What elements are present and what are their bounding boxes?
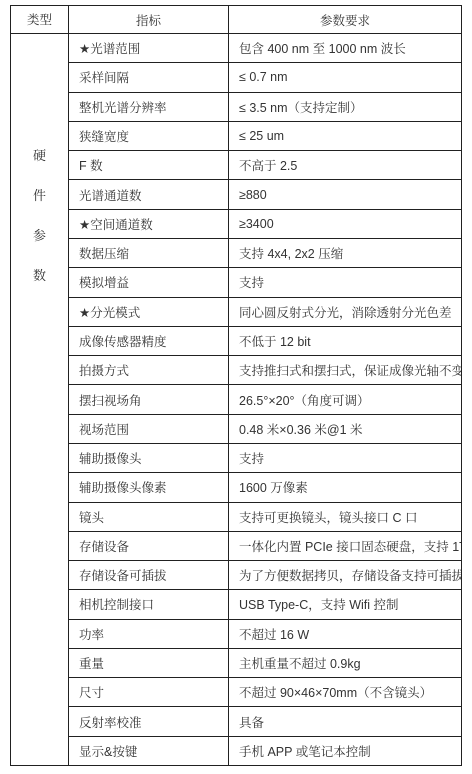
header-requirement: 参数要求 bbox=[229, 6, 461, 33]
table-row: 相机控制接口USB Type-C，支持 Wifi 控制 bbox=[69, 590, 461, 619]
requirement-cell: 支持可更换镜头，镜头接口 C 口 bbox=[229, 503, 461, 531]
requirement-cell: ≤ 25 um bbox=[229, 122, 461, 150]
indicator-cell: 光谱通道数 bbox=[69, 180, 229, 208]
requirement-cell: ≤ 3.5 nm（支持定制） bbox=[229, 93, 461, 121]
requirement-cell: 26.5°×20°（角度可调） bbox=[229, 385, 461, 413]
header-type: 类型 bbox=[11, 6, 69, 33]
requirement-cell: 不低于 12 bit bbox=[229, 327, 461, 355]
indicator-cell: 模拟增益 bbox=[69, 268, 229, 296]
indicator-cell: ★空间通道数 bbox=[69, 210, 229, 238]
category-char: 硬 bbox=[11, 136, 68, 176]
category-cell: 硬件参数 bbox=[11, 34, 69, 765]
category-char: 参 bbox=[11, 216, 68, 256]
indicator-cell: 狭缝宽度 bbox=[69, 122, 229, 150]
requirement-cell: ≥880 bbox=[229, 180, 461, 208]
requirement-cell: ≤ 0.7 nm bbox=[229, 63, 461, 91]
indicator-cell: ★光谱范围 bbox=[69, 34, 229, 62]
indicator-cell: 存储设备 bbox=[69, 532, 229, 560]
indicator-cell: 拍摄方式 bbox=[69, 356, 229, 384]
table-header-row: 类型 指标 参数要求 bbox=[11, 6, 461, 34]
table-row: 辅助摄像头支持 bbox=[69, 444, 461, 473]
indicator-cell: 重量 bbox=[69, 649, 229, 677]
indicator-cell: 尺寸 bbox=[69, 678, 229, 706]
spec-table: 类型 指标 参数要求 硬件参数 ★光谱范围包含 400 nm 至 1000 nm… bbox=[10, 5, 462, 766]
requirement-cell: 同心圆反射式分光，消除透射分光色差 bbox=[229, 298, 461, 326]
indicator-cell: 辅助摄像头 bbox=[69, 444, 229, 472]
header-indicator: 指标 bbox=[69, 6, 229, 33]
table-row: 光谱通道数≥880 bbox=[69, 180, 461, 209]
requirement-cell: 一体化内置 PCIe 接口固态硬盘，支持 1TB bbox=[229, 532, 461, 560]
category-vertical-label: 硬件参数 bbox=[11, 136, 68, 296]
requirement-cell: 支持 bbox=[229, 268, 461, 296]
indicator-cell: 成像传感器精度 bbox=[69, 327, 229, 355]
requirement-cell: 支持 4x4, 2x2 压缩 bbox=[229, 239, 461, 267]
table-row: 拍摄方式支持推扫式和摆扫式，保证成像光轴不变 bbox=[69, 356, 461, 385]
table-row: 成像传感器精度不低于 12 bit bbox=[69, 327, 461, 356]
indicator-cell: 采样间隔 bbox=[69, 63, 229, 91]
table-row: ★光谱范围包含 400 nm 至 1000 nm 波长 bbox=[69, 34, 461, 63]
table-row: 重量主机重量不超过 0.9kg bbox=[69, 649, 461, 678]
indicator-cell: 整机光谱分辨率 bbox=[69, 93, 229, 121]
table-row: 镜头支持可更换镜头，镜头接口 C 口 bbox=[69, 503, 461, 532]
table-row: 尺寸不超过 90×46×70mm（不含镜头） bbox=[69, 678, 461, 707]
requirement-cell: USB Type-C，支持 Wifi 控制 bbox=[229, 590, 461, 618]
table-row: 摆扫视场角26.5°×20°（角度可调） bbox=[69, 385, 461, 414]
indicator-cell: 存储设备可插拔 bbox=[69, 561, 229, 589]
table-row: 整机光谱分辨率≤ 3.5 nm（支持定制） bbox=[69, 93, 461, 122]
requirement-cell: 手机 APP 或笔记本控制 bbox=[229, 737, 461, 765]
indicator-cell: 镜头 bbox=[69, 503, 229, 531]
table-row: 辅助摄像头像素1600 万像素 bbox=[69, 473, 461, 502]
indicator-cell: 相机控制接口 bbox=[69, 590, 229, 618]
indicator-cell: 数据压缩 bbox=[69, 239, 229, 267]
indicator-cell: F 数 bbox=[69, 151, 229, 179]
table-row: 反射率校准具备 bbox=[69, 707, 461, 736]
requirement-cell: ≥3400 bbox=[229, 210, 461, 238]
table-row: ★分光模式同心圆反射式分光，消除透射分光色差 bbox=[69, 298, 461, 327]
table-row: 采样间隔≤ 0.7 nm bbox=[69, 63, 461, 92]
table-row: 模拟增益支持 bbox=[69, 268, 461, 297]
table-row: F 数不高于 2.5 bbox=[69, 151, 461, 180]
category-char: 数 bbox=[11, 256, 68, 296]
requirement-cell: 支持推扫式和摆扫式，保证成像光轴不变 bbox=[229, 356, 461, 384]
table-row: 数据压缩支持 4x4, 2x2 压缩 bbox=[69, 239, 461, 268]
requirement-cell: 1600 万像素 bbox=[229, 473, 461, 501]
table-body: 硬件参数 ★光谱范围包含 400 nm 至 1000 nm 波长采样间隔≤ 0.… bbox=[11, 34, 461, 765]
table-row: ★空间通道数≥3400 bbox=[69, 210, 461, 239]
indicator-cell: 辅助摄像头像素 bbox=[69, 473, 229, 501]
table-row: 功率不超过 16 W bbox=[69, 620, 461, 649]
requirement-cell: 不超过 90×46×70mm（不含镜头） bbox=[229, 678, 461, 706]
indicator-cell: 功率 bbox=[69, 620, 229, 648]
requirement-cell: 主机重量不超过 0.9kg bbox=[229, 649, 461, 677]
requirement-cell: 为了方便数据拷贝，存储设备支持可插拔 bbox=[229, 561, 461, 589]
table-row: 视场范围0.48 米×0.36 米@1 米 bbox=[69, 415, 461, 444]
requirement-cell: 支持 bbox=[229, 444, 461, 472]
requirement-cell: 不高于 2.5 bbox=[229, 151, 461, 179]
category-char: 件 bbox=[11, 176, 68, 216]
indicator-cell: 摆扫视场角 bbox=[69, 385, 229, 413]
indicator-cell: 显示&按键 bbox=[69, 737, 229, 765]
requirement-cell: 0.48 米×0.36 米@1 米 bbox=[229, 415, 461, 443]
table-rows: ★光谱范围包含 400 nm 至 1000 nm 波长采样间隔≤ 0.7 nm整… bbox=[69, 34, 461, 765]
indicator-cell: 反射率校准 bbox=[69, 707, 229, 735]
indicator-cell: ★分光模式 bbox=[69, 298, 229, 326]
table-row: 显示&按键手机 APP 或笔记本控制 bbox=[69, 737, 461, 765]
indicator-cell: 视场范围 bbox=[69, 415, 229, 443]
requirement-cell: 不超过 16 W bbox=[229, 620, 461, 648]
requirement-cell: 具备 bbox=[229, 707, 461, 735]
table-row: 存储设备一体化内置 PCIe 接口固态硬盘，支持 1TB bbox=[69, 532, 461, 561]
requirement-cell: 包含 400 nm 至 1000 nm 波长 bbox=[229, 34, 461, 62]
table-row: 狭缝宽度≤ 25 um bbox=[69, 122, 461, 151]
table-row: 存储设备可插拔为了方便数据拷贝，存储设备支持可插拔 bbox=[69, 561, 461, 590]
